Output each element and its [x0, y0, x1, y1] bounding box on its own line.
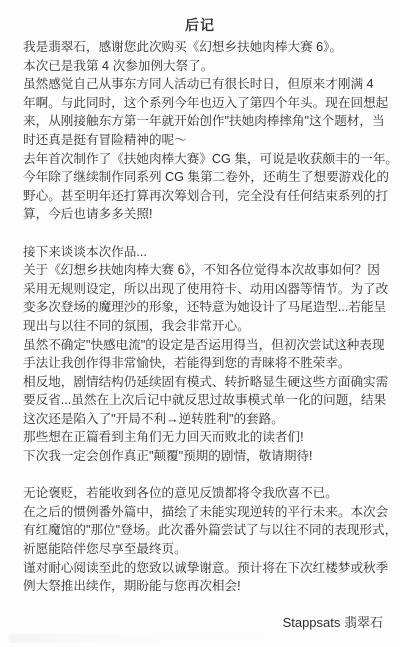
text-line: 要反省...虽然在上次后记中就反思过故事模式单一化的问题，结果 — [23, 391, 386, 410]
text-line: 虽然不确定"快感电流"的设定是否运用得当，但初次尝试这种表现 — [23, 336, 386, 355]
body-text: 我是翡翠石，感谢您此次购买《幻想乡扶她肉棒大赛 6》。本次已是我第 4 次参加例… — [0, 35, 400, 596]
text-line: 变多次登场的魔理沙的形象，还特意为她设计了马尾造型...若能呈 — [23, 298, 386, 317]
text-line: 例大祭推出续作，期盼能与您再次相会! — [23, 577, 386, 596]
text-line: 下次我一定会创作真正"颠覆"预期的剧情，敬请期待! — [23, 447, 386, 466]
page-title: 后记 — [0, 0, 400, 35]
text-line: 在之后的惯例番外篇中，描绘了未能实现逆转的平行未来。本次会 — [23, 503, 386, 522]
text-line: 来，从刚接触东方第一年就开始创作"扶她肉棒摔角"这个题材，当 — [23, 112, 386, 131]
paragraph: 我是翡翠石，感谢您此次购买《幻想乡扶她肉棒大赛 6》。本次已是我第 4 次参加例… — [23, 38, 386, 224]
author-signature: Stappsats 翡翠石 — [0, 614, 400, 633]
text-line: 年啊。与此同时，这个系列今年也迈入了第四个年头。现在回想起 — [23, 94, 386, 113]
text-line: 这次还是陷入了"开局不利→逆转胜利"的套路。 — [23, 410, 386, 429]
text-line: 接下来谈谈本次作品... — [23, 243, 386, 262]
text-line: 算，今后也请多多关照! — [23, 205, 386, 224]
afterword-page: 后记 我是翡翠石，感谢您此次购买《幻想乡扶她肉棒大赛 6》。本次已是我第 4 次… — [0, 0, 400, 647]
scan-artifact — [8, 634, 308, 643]
text-line: 手法让我创作得非常愉快，若能得到您的青睐将不胜荣幸。 — [23, 354, 386, 373]
paragraph: 无论褒贬，若能收到各位的意见反馈都将令我欣喜不已。在之后的惯例番外篇中，描绘了未… — [23, 484, 386, 596]
text-line: 关于《幻想乡扶她肉棒大赛 6》，不知各位觉得本次故事如何？因 — [23, 261, 386, 280]
text-line: 那些想在正篇看到主角们无力回天而败北的读者们! — [23, 428, 386, 447]
text-line: 本次已是我第 4 次参加例大祭了。 — [23, 57, 386, 76]
text-line: 现出与以往不同的氛围，我会非常开心。 — [23, 317, 386, 336]
text-line: 虽然感觉自己从事东方同人活动已有很长时日，但原来才刚满 4 — [23, 75, 386, 94]
paragraph: 接下来谈谈本次作品...关于《幻想乡扶她肉棒大赛 6》，不知各位觉得本次故事如何… — [23, 243, 386, 466]
text-line: 无论褒贬，若能收到各位的意见反馈都将令我欣喜不已。 — [23, 484, 386, 503]
text-line: 有红魔馆的"那位"登场。此次番外篇尝试了与以往不同的表现形式， — [23, 521, 386, 540]
text-line: 我是翡翠石，感谢您此次购买《幻想乡扶她肉棒大赛 6》。 — [23, 38, 386, 57]
text-line: 祈愿能陪伴您尽享至最终页。 — [23, 540, 386, 559]
text-line: 相反地，剧情结构仍延续固有模式、转折略显生硬这些方面确实需 — [23, 373, 386, 392]
text-line: 今年除了继续制作同系列 CG 集第二卷外，还萌生了想要游戏化的 — [23, 168, 386, 187]
text-line: 时还真是挺有冒险精神的呢～ — [23, 131, 386, 150]
text-line: 谨对耐心阅读至此的您致以诚挚谢意。预计将在下次红楼梦或秋季 — [23, 559, 386, 578]
text-line: 采用无规则设定，所以出现了使用符卡、动用凶器等情节。为了改 — [23, 280, 386, 299]
text-line: 去年首次制作了《扶她肉棒大赛》CG 集，可说是收获颇丰的一年。 — [23, 150, 386, 169]
text-line: 野心。甚至明年还打算再次筹划合刊，完全没有任何结束系列的打 — [23, 187, 386, 206]
